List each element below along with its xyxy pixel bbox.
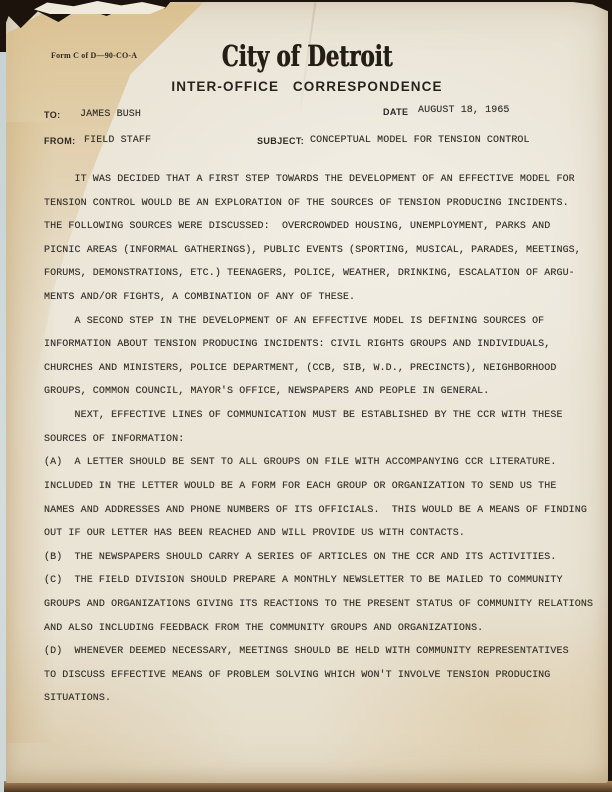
to-label: TO:: [44, 110, 61, 120]
from-label: FROM:: [44, 136, 76, 146]
body-line: MENTS AND/OR FIGHTS, A COMBINATION OF AN…: [44, 286, 604, 310]
body-line: GROUPS AND ORGANIZATIONS GIVING ITS REAC…: [44, 593, 604, 617]
scanned-document: Form C of D—90-CO-A City of Detroit INTE…: [0, 0, 612, 792]
date-value: AUGUST 18, 1965: [418, 105, 510, 116]
subject-label: SUBJECT:: [257, 136, 304, 146]
body-line: A SECOND STEP IN THE DEVELOPMENT OF AN E…: [44, 310, 604, 334]
body-text: IT WAS DECIDED THAT A FIRST STEP TOWARDS…: [44, 168, 604, 711]
body-line: (C) THE FIELD DIVISION SHOULD PREPARE A …: [44, 569, 604, 593]
letterhead-subtitle: INTER-OFFICE CORRESPONDENCE: [6, 79, 608, 94]
body-line: NAMES AND ADDRESSES AND PHONE NUMBERS OF…: [44, 499, 604, 523]
subject-value: CONCEPTUAL MODEL FOR TENSION CONTROL: [310, 135, 530, 146]
letterhead-title: City of Detroit: [60, 40, 554, 74]
body-line: INCLUDED IN THE LETTER WOULD BE A FORM F…: [44, 475, 604, 499]
body-line: INFORMATION ABOUT TENSION PRODUCING INCI…: [44, 333, 604, 357]
body-line: OUT IF OUR LETTER HAS BEEN REACHED AND W…: [44, 522, 604, 546]
to-value: JAMES BUSH: [80, 109, 141, 120]
body-line: (A) A LETTER SHOULD BE SENT TO ALL GROUP…: [44, 451, 604, 475]
body-line: GROUPS, COMMON COUNCIL, MAYOR'S OFFICE, …: [44, 380, 604, 404]
from-value: FIELD STAFF: [84, 135, 151, 146]
body-line: NEXT, EFFECTIVE LINES OF COMMUNICATION M…: [44, 404, 604, 428]
body-line: PICNIC AREAS (INFORMAL GATHERINGS), PUBL…: [44, 239, 604, 263]
body-line: (D) WHENEVER DEEMED NECESSARY, MEETINGS …: [44, 640, 604, 664]
body-line: IT WAS DECIDED THAT A FIRST STEP TOWARDS…: [44, 168, 604, 192]
body-line: TO DISCUSS EFFECTIVE MEANS OF PROBLEM SO…: [44, 664, 604, 688]
body-line: AND ALSO INCLUDING FEEDBACK FROM THE COM…: [44, 617, 604, 641]
letter-paper: Form C of D—90-CO-A City of Detroit INTE…: [6, 2, 608, 783]
body-line: CHURCHES AND MINISTERS, POLICE DEPARTMEN…: [44, 357, 604, 381]
body-line: (B) THE NEWSPAPERS SHOULD CARRY A SERIES…: [44, 546, 604, 570]
body-line: TENSION CONTROL WOULD BE AN EXPLORATION …: [44, 192, 604, 216]
date-label: DATE: [383, 107, 408, 117]
body-line: FORUMS, DEMONSTRATIONS, ETC.) TEENAGERS,…: [44, 262, 604, 286]
body-line: SITUATIONS.: [44, 687, 604, 711]
body-line: SOURCES OF INFORMATION:: [44, 428, 604, 452]
body-line: THE FOLLOWING SOURCES WERE DISCUSSED: OV…: [44, 215, 604, 239]
